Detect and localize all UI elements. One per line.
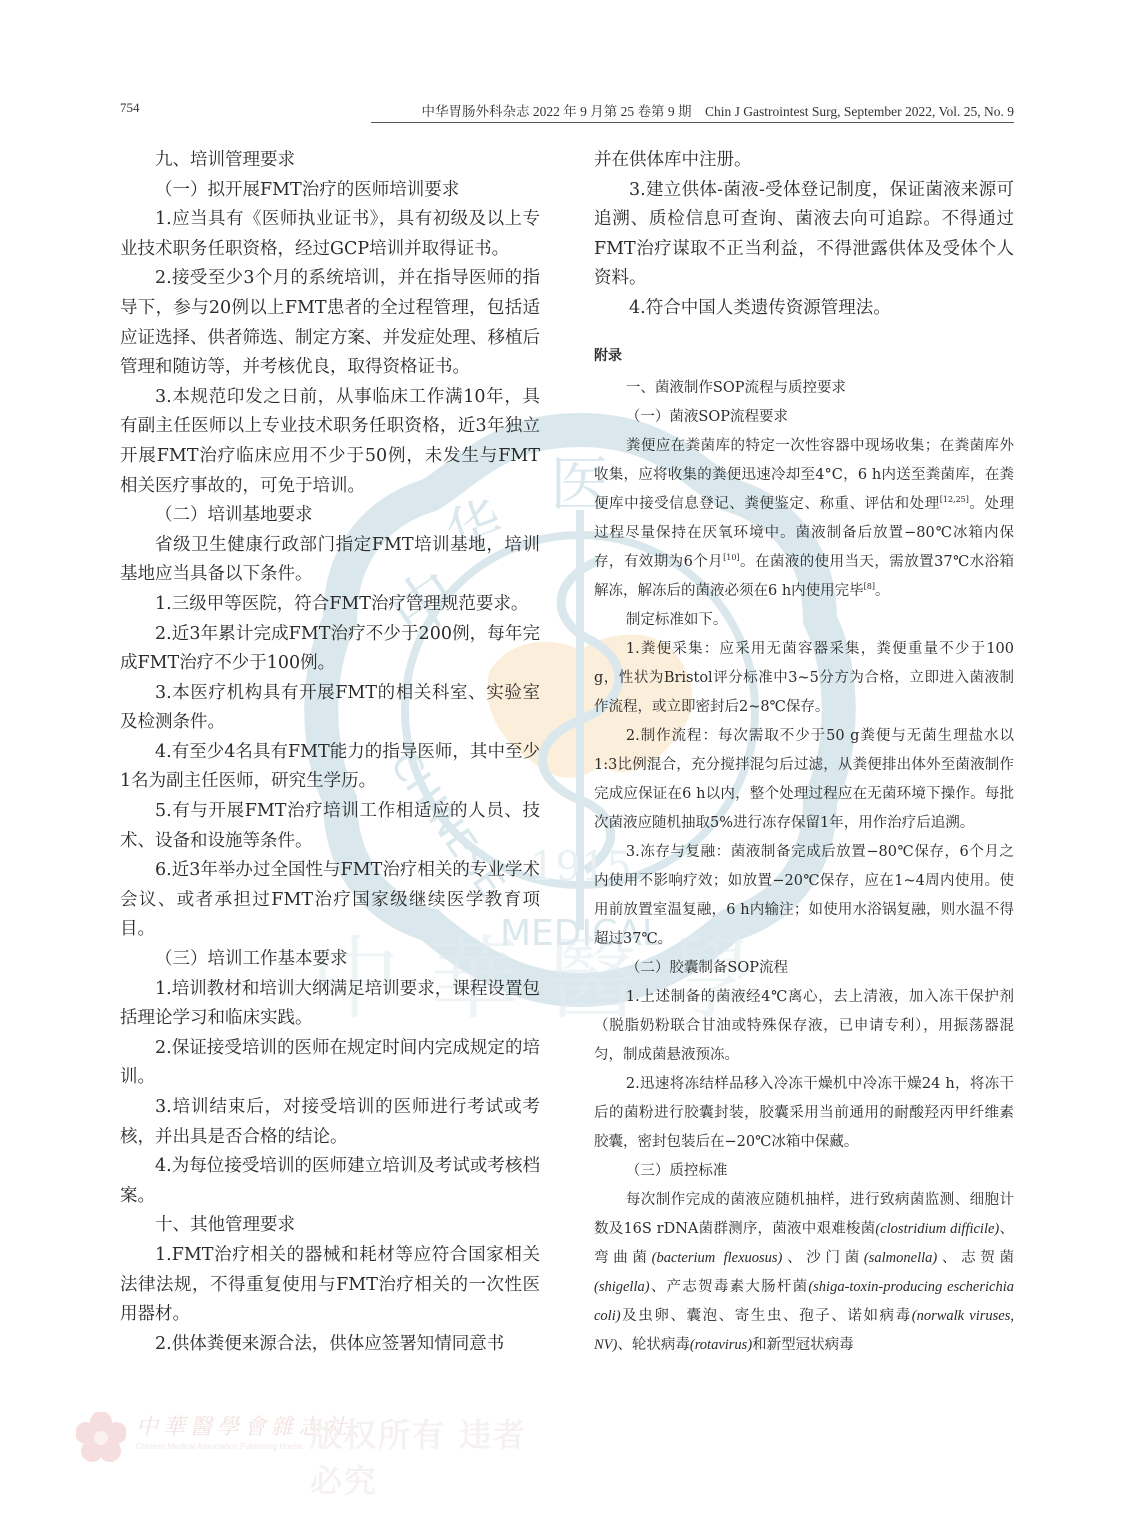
paragraph: 1.上述制备的菌液经4℃离心，去上清液，加入冻干保护剂（脱脂奶粉联合甘油或特殊保…: [594, 983, 1014, 1070]
paragraph: 1.FMT治疗相关的器械和耗材等应符合国家相关法律法规，不得重复使用与FMT治疗…: [120, 1241, 540, 1330]
journal-page: 医 中 华 1915 CHINESE MEDICAL 中 華 醫 學 中華醫學會…: [0, 0, 1134, 1528]
right-column: 并在供体库中注册。 3.建立供体-菌液-受体登记制度，保证菌液来源可追溯、质检信…: [594, 146, 1014, 1360]
section-heading: 一、菌液制作SOP流程与质控要求: [594, 374, 1014, 403]
paragraph: 5.有与开展FMT治疗培训工作相适应的人员、技术、设备和设施等条件。: [120, 797, 540, 856]
page-number: 754: [120, 100, 140, 116]
paragraph: 2.接受至少3个月的系统培训，并在指导医师的指导下，参与20例以上FMT患者的全…: [120, 264, 540, 382]
paragraph: 4.有至少4名具有FMT能力的指导医师，其中至少1名为副主任医师，研究生学历。: [120, 738, 540, 797]
subsection-heading: （二）胶囊制备SOP流程: [594, 954, 1014, 983]
subsection-heading: （一）菌液SOP流程要求: [594, 403, 1014, 432]
latin-term: (salmonella): [864, 1250, 937, 1266]
paragraph: 2.保证接受培训的医师在规定时间内完成规定的培训。: [120, 1034, 540, 1093]
paragraph-with-references: 粪便应在粪菌库的特定一次性容器中现场收集；在粪菌库外收集，应将收集的粪便迅速冷却…: [594, 432, 1014, 606]
paragraph: 2.迅速将冻结样品移入冷冻干燥机中冷冻干燥24 h，将冻干后的菌粉进行胶囊封装，…: [594, 1070, 1014, 1157]
section-heading: 九、培训管理要求: [120, 146, 540, 176]
copyright-notice: 版权所有 违者必究: [310, 1410, 530, 1502]
header-rule: [371, 122, 1014, 123]
section-heading: 十、其他管理要求: [120, 1211, 540, 1241]
paragraph: 6.近3年举办过全国性与FMT治疗相关的专业学术会议、或者承担过FMT治疗国家级…: [120, 856, 540, 945]
paragraph: 2.近3年累计完成FMT治疗不少于200例，每年完成FMT治疗不少于100例。: [120, 620, 540, 679]
paragraph: 4.符合中国人类遗传资源管理法。: [594, 294, 1014, 324]
paragraph: 1.粪便采集：应采用无菌容器采集，粪便重量不少于100 g，性状为Bristol…: [594, 635, 1014, 722]
paragraph: 3.本医疗机构具有开展FMT的相关科室、实验室及检测条件。: [120, 679, 540, 738]
text: 、产志贺毒素大肠杆菌: [650, 1279, 809, 1295]
paragraph-continuation: 并在供体库中注册。: [594, 146, 1014, 176]
paragraph: 3.本规范印发之日前，从事临床工作满10年，具有副主任医师以上专业技术职务任职资…: [120, 383, 540, 501]
latin-term: (bacterium flexuosus): [652, 1250, 783, 1266]
text: 及虫卵、囊泡、寄生虫、孢子、诺如病毒: [621, 1308, 912, 1324]
paragraph: 1.培训教材和培训大纲满足培训要求，课程设置包括理论学习和临床实践。: [120, 975, 540, 1034]
paragraph: 制定标准如下。: [594, 606, 1014, 635]
latin-term: (rotavirus): [690, 1337, 752, 1353]
paragraph: 3.冻存与复融：菌液制备完成后放置−80℃保存，6个月之内使用不影响疗效；如放置…: [594, 838, 1014, 954]
appendix-body: 一、菌液制作SOP流程与质控要求 （一）菌液SOP流程要求 粪便应在粪菌库的特定…: [594, 374, 1014, 1360]
paragraph: 2.制作流程：每次需取不少于50 g粪便与无菌生理盐水以1:3比例混合，充分搅拌…: [594, 722, 1014, 838]
paragraph: 3.建立供体-菌液-受体登记制度，保证菌液来源可追溯、质检信息可查询、菌液去向可…: [594, 176, 1014, 294]
appendix-title: 附录: [594, 346, 1014, 366]
latin-term: (shigella): [594, 1279, 650, 1295]
paragraph: 1.应当具有《医师执业证书》，具有初级及以上专业技术职务任职资格，经过GCP培训…: [120, 205, 540, 264]
paragraph: 4.为每位接受培训的医师建立培训及考试或考核档案。: [120, 1152, 540, 1211]
publisher-watermark: 中華醫學會雜志社 Chinese Medical Association Pub…: [70, 1408, 530, 1468]
subsection-heading: （三）质控标准: [594, 1157, 1014, 1186]
citation[interactable]: [8]: [864, 582, 875, 591]
citation[interactable]: [10]: [723, 553, 739, 562]
subsection-heading: （二）培训基地要求: [120, 501, 540, 531]
paragraph: 省级卫生健康行政部门指定FMT培训基地，培训基地应当具备以下条件。: [120, 531, 540, 590]
paragraph-with-italic-terms: 每次制作完成的菌液应随机抽样，进行致病菌监测、细胞计数及16S rDNA菌群测序…: [594, 1186, 1014, 1360]
journal-running-title: 中华胃肠外科杂志 2022 年 9 月第 25 卷第 9 期 Chin J Ga…: [421, 100, 1014, 120]
text: 、志贺菌: [937, 1250, 1014, 1266]
text: 。: [875, 583, 890, 599]
left-column: 九、培训管理要求 （一）拟开展FMT治疗的医师培训要求 1.应当具有《医师执业证…: [120, 146, 540, 1359]
text: 、轮状病毒: [617, 1337, 690, 1353]
latin-term: (clostridium difficile): [875, 1221, 999, 1237]
running-header: 754 中华胃肠外科杂志 2022 年 9 月第 25 卷第 9 期 Chin …: [120, 100, 1014, 122]
text: 、沙门菌: [782, 1250, 864, 1266]
paragraph: 3.培训结束后，对接受培训的医师进行考试或考核，并出具是否合格的结论。: [120, 1093, 540, 1152]
citation[interactable]: [12,25]: [940, 495, 969, 504]
publisher-name-cn: 中華醫學會雜志社: [136, 1410, 352, 1441]
plum-blossom-logo-icon: [76, 1412, 126, 1462]
subsection-heading: （一）拟开展FMT治疗的医师培训要求: [120, 176, 540, 206]
paragraph: 2.供体粪便来源合法，供体应签署知情同意书: [120, 1330, 540, 1360]
paragraph: 1.三级甲等医院，符合FMT治疗管理规范要求。: [120, 590, 540, 620]
text: 和新型冠状病毒: [752, 1337, 854, 1353]
publisher-name-en: Chinese Medical Association Publishing H…: [136, 1442, 302, 1451]
subsection-heading: （三）培训工作基本要求: [120, 945, 540, 975]
